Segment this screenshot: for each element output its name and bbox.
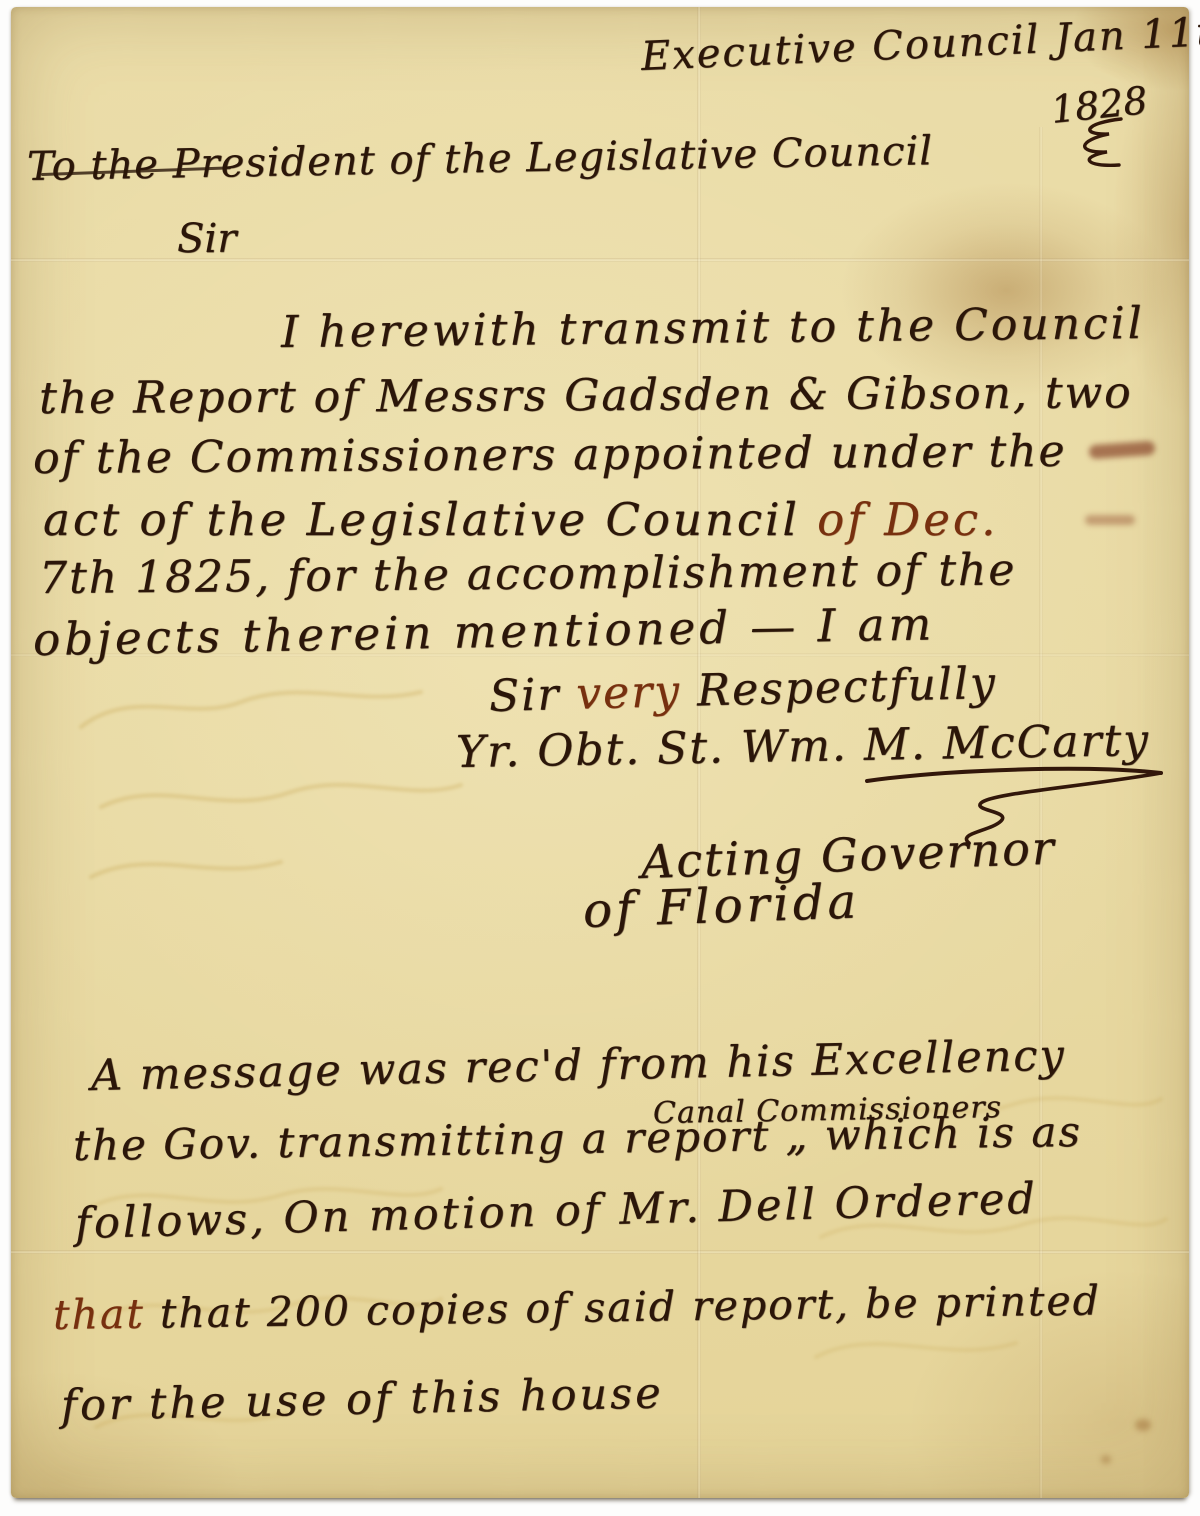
- address-line: To the President of the Legislative Coun…: [27, 131, 934, 187]
- body-line-4: act of the Legislative Council of Dec.: [43, 497, 998, 542]
- body-line-5: 7th 1825, for the accomplishment of the: [39, 548, 1017, 601]
- salutation: Sir: [177, 219, 236, 259]
- red-ink-smear: [1085, 515, 1135, 525]
- minutes-line-5: for the use of this house: [61, 1372, 664, 1428]
- body-line-4-red: of Dec.: [817, 493, 998, 546]
- foxing-spot: [1135, 1419, 1151, 1431]
- body-line-3: of the Commissioners appointed under the: [33, 430, 1067, 481]
- minutes-line-4-struck-word: that: [53, 1290, 161, 1339]
- date-flourish: [1059, 115, 1131, 169]
- body-line-4-dark: act of the Legislative Council: [43, 493, 817, 546]
- dateline: Executive Council Jan 11th: [640, 11, 1200, 77]
- body-line-1: I herewith transmit to the Council: [281, 302, 1145, 355]
- foxing-spot: [1101, 1455, 1111, 1464]
- closing-very-red: very: [576, 666, 698, 720]
- scan-background: Executive Council Jan 11th 1828 To the P…: [0, 0, 1200, 1516]
- red-ink-smear: [1089, 441, 1156, 460]
- closing-sir: Sir: [488, 669, 577, 722]
- letter-paper: Executive Council Jan 11th 1828 To the P…: [11, 7, 1189, 1498]
- signer-title-of-florida: of Florida: [582, 877, 861, 935]
- ink-bleedthrough: [61, 667, 481, 907]
- closing-respectfully: Respectfully: [696, 658, 997, 717]
- closing-line: Sir very Respectfully: [488, 662, 997, 719]
- body-line-2: the Report of Messrs Gadsden & Gibson, t…: [39, 371, 1133, 421]
